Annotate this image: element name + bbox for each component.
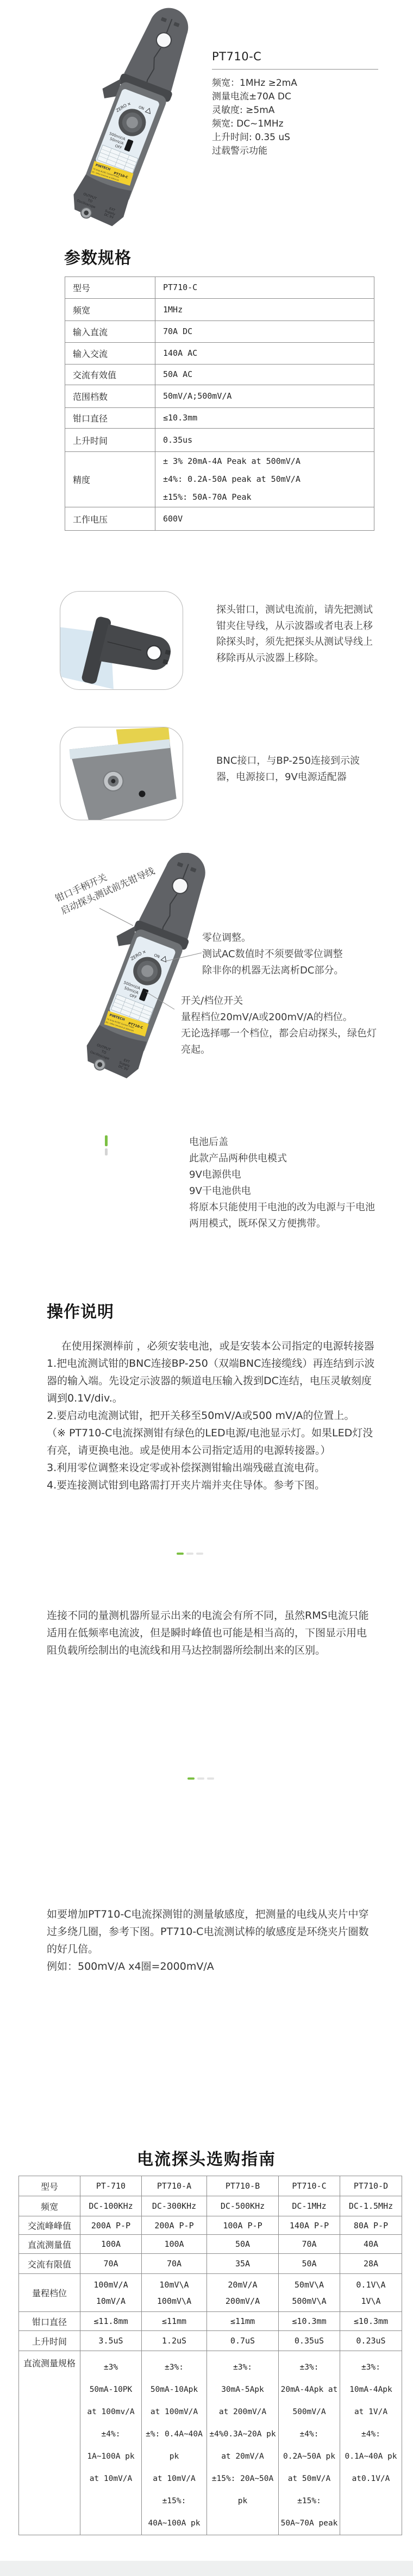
guide-row-label: 交流峰峰值 [19,2216,80,2235]
spec-row-label: 工作电压 [65,507,155,531]
guide-cell-value: 50A [279,2254,340,2274]
clamp-jaw-note: 探头钳口，测试电流前，请先把测试钳夹住导线，从示波器或者电表上移除探头时，须先把… [216,602,379,666]
loading-pill-green [187,1777,195,1780]
spec-row: 工作电压600V [65,507,374,531]
guide-cell-value: 200A P-P [80,2216,142,2235]
guide-cell-value: ≤10.3mm [340,2312,402,2331]
spec-row-label: 型号 [65,277,155,299]
spec-row-label: 钳口直径 [65,408,155,429]
note-current-difference: 连接不同的量测机器所显示出来的电流会有所不同，虽然RMS电流只能适用在低频率电流… [47,1607,373,1659]
guide-model-name: PT710-C [279,2176,340,2196]
spec-row-value: 50mV/A;500mV/A [155,385,374,408]
guide-row-label: 交流有限值 [19,2254,80,2274]
guide-model-name: PT710-D [340,2176,402,2196]
guide-cell-value: 1.2uS [142,2331,207,2351]
guide-cell-value: 100A P-P [207,2216,279,2235]
bnc-port-drawing [60,727,183,820]
spec-table-body: 型号PT710-C频宽1MHz输入直流70A DC输入交流140A AC交流有效… [65,277,374,531]
loading-pill [196,1553,203,1555]
guide-cell-value: ≤11mm [207,2312,279,2331]
guide-cell-value: DC-300KHz [142,2196,207,2216]
guide-cell-value: 70A [80,2254,142,2274]
guide-cell-value: 28A [340,2254,402,2274]
spec-row-value: 140A AC [155,343,374,365]
note-sensitivity-text: 如要增加PT710-C电流探测钳的测量敏感度，把测量的电线从夹片中穿过多绕几圈，… [47,1908,368,1955]
loading-pill [186,1553,193,1555]
guide-cell-value: DC-1.5MHz [340,2196,402,2216]
product-spec-list: 频宽：1MHz ≥2mA 测量电流±70A DC 灵敏度: ≥5mA 频宽: D… [212,77,375,158]
spec-row-value: PT710-C [155,277,374,299]
guide-row: 交流有限值70A70A35A50A28A [19,2254,402,2274]
guide-row-label: 直流测量规格 [19,2351,80,2535]
guide-cell-value: 50mV\A 500mV\A [279,2274,340,2312]
product-page: ZERO + ON 500mV/A 50mV/A OFF PINTECH PT7… [0,0,413,2576]
spec-row: 频宽1MHz [65,299,374,321]
footer-strip [0,2561,413,2576]
guide-cell-value: 200A P-P [142,2216,207,2235]
guide-cell-value: 100A [80,2235,142,2254]
spec-row-value: ≤10.3mm [155,408,374,429]
guide-cell-value: DC-1MHz [279,2196,340,2216]
guide-cell-value: 100A [142,2235,207,2254]
guide-corner-label: 型号 [19,2176,80,2196]
loading-pill [207,1777,214,1780]
spec-row-label: 范围档数 [65,385,155,408]
handle-callout-line [99,908,133,926]
guide-row-label: 量程档位 [19,2274,80,2312]
guide-cell-value: ±3%: 50mA-10Apk at 100mV/A ±%: 0.4A~40A … [142,2351,207,2535]
product-title: PT710-C [212,50,261,63]
bnc-port-note: BNC接口，与BP-250连接到示波器，电源接口，9V电源适配器 [216,753,374,785]
note-sensitivity: 如要增加PT710-C电流探测钳的测量敏感度，把测量的电线从夹片中穿过多绕几圈，… [47,1906,373,1975]
guide-cell-value: 140A P-P [279,2216,340,2235]
spec-row-label: 输入直流 [65,321,155,343]
product-photo [54,3,212,237]
guide-cell-value: 0.1V\A 1V\A [340,2274,402,2312]
spec-row: 输入交流140A AC [65,343,374,365]
spec-row-label: 输入交流 [65,343,155,365]
guide-row-label: 频宽 [19,2196,80,2216]
section-heading-specs: 参数规格 [64,244,132,268]
note-sensitivity-example: 例如：500mV/A x4圈=2000mV/A [47,1961,214,1972]
clamp-jaw-drawing [60,592,183,689]
spec-row: 范围档数50mV/A;500mV/A [65,385,374,408]
spec-row-value: ± 3% 20mA-4A Peak at 500mV/A ±4%: 0.2A-5… [155,452,374,507]
guide-cell-value: 80A P-P [340,2216,402,2235]
image-loading-placeholder [187,1777,214,1780]
spec-row-value: 70A DC [155,321,374,343]
operation-intro: 在使用探测棒前 ，必须安装电池，或是安装本公司指定的电源转接器 [47,1337,376,1355]
operation-steps: 1.把电流测试钳的BNC连接BP-250（双端BNC连接缆线）再连结到示波器的输… [47,1355,376,1494]
guide-model-name: PT710-A [142,2176,207,2196]
spec-row: 上升时间0.35us [65,429,374,452]
title-divider [212,69,378,70]
guide-row: 交流峰峰值200A P-P200A P-P100A P-P140A P-P80A… [19,2216,402,2235]
guide-title: 电流探头选购指南 [0,2146,413,2170]
spec-row-value: 50A AC [155,365,374,385]
guide-row: 频宽DC-100KHzDC-300KHzDC-500KHzDC-1MHzDC-1… [19,2196,402,2216]
guide-row: 钳口直径≤11.8mm≤11mm≤11mm≤10.3mm≤10.3mm [19,2312,402,2331]
guide-row: 直流测量规格±3% 50mA-10PK at 100mv/A ±4%: 1A~1… [19,2351,402,2535]
clamp-jaw-image [60,591,183,690]
switch-callout: 开关/档位开关 量程档位20mV/A或200mV/A的档位。 无论选择哪一个档位… [181,993,381,1058]
spec-row-label: 精度 [65,452,155,507]
guide-cell-value: 100mV/A 10mV/A [80,2274,142,2312]
guide-cell-value: 50A [207,2235,279,2254]
guide-row-label: 上升时间 [19,2331,80,2351]
guide-cell-value: 0.35uS [279,2331,340,2351]
spec-table: 型号PT710-C频宽1MHz输入直流70A DC输入交流140A AC交流有效… [65,277,374,531]
guide-model-name: PT710-B [207,2176,279,2196]
guide-header-row: 型号PT-710PT710-APT710-BPT710-CPT710-D [19,2176,402,2196]
loading-pill [197,1777,204,1780]
spec-row-label: 上升时间 [65,429,155,452]
spec-row: 精度± 3% 20mA-4A Peak at 500mV/A ±4%: 0.2A… [65,452,374,507]
guide-table: 型号PT-710PT710-APT710-BPT710-CPT710-D频宽DC… [18,2176,402,2535]
battery-image-placeholder [105,1135,108,1157]
guide-cell-value: 70A [279,2235,340,2254]
spec-row: 钳口直径≤10.3mm [65,408,374,429]
guide-row: 上升时间3.5uS1.2uS0.7uS0.35uS0.23uS [19,2331,402,2351]
loading-pill-green [177,1553,184,1555]
guide-cell-value: 10mV\A 100mV\A [142,2274,207,2312]
guide-cell-value: 70A [142,2254,207,2274]
guide-cell-value: ±3% 50mA-10PK at 100mv/A ±4%: 1A~100A pk… [80,2351,142,2535]
guide-cell-value: ±3%: 30mA-5Apk at 200mV/A ±4%0.3A~20A pk… [207,2351,279,2535]
image-loading-placeholder [177,1553,203,1555]
guide-cell-value: ≤11mm [142,2312,207,2331]
zero-callout: 零位调整。 测试AC数值时不须要做零位调整 除非你的机器无法离析DC部分。 [202,930,376,979]
bnc-port-image [60,727,183,820]
spec-row: 型号PT710-C [65,277,374,299]
guide-row: 直流测量值100A100A50A70A40A [19,2235,402,2254]
spec-row-value: 600V [155,507,374,531]
spec-row-value: 0.35us [155,429,374,452]
guide-row-label: 钳口直径 [19,2312,80,2331]
guide-model-name: PT-710 [80,2176,142,2196]
guide-cell-value: 0.7uS [207,2331,279,2351]
guide-cell-value: DC-500KHz [207,2196,279,2216]
guide-cell-value: 3.5uS [80,2331,142,2351]
guide-row-label: 直流测量值 [19,2235,80,2254]
section-heading-operation: 操作说明 [47,1298,114,1322]
guide-cell-value: 0.23uS [340,2331,402,2351]
guide-cell-value: ±3%: 20mA-4Apk at 500mV/A ±4%: 0.2A~50A … [279,2351,340,2535]
guide-row: 量程档位100mV/A 10mV/A10mV\A 100mV\A20mV/A 2… [19,2274,402,2312]
spec-row: 交流有效值50A AC [65,365,374,385]
battery-note: 电池后盖 此款产品两种供电模式 9V电源供电 9V干电池供电 将原本只能使用干电… [189,1134,383,1232]
guide-cell-value: 40A [340,2235,402,2254]
spec-row-value: 1MHz [155,299,374,321]
guide-cell-value: ≤10.3mm [279,2312,340,2331]
guide-cell-value: 20mV/A 200mV/A [207,2274,279,2312]
guide-cell-value: 35A [207,2254,279,2274]
guide-cell-value: ±3%: 10mA-4Apk at 1V/A ±4%: 0.1A~40A pk … [340,2351,402,2535]
guide-cell-value: ≤11.8mm [80,2312,142,2331]
guide-cell-value: DC-100KHz [80,2196,142,2216]
spec-row-label: 交流有效值 [65,365,155,385]
spec-row-label: 频宽 [65,299,155,321]
spec-row: 输入直流70A DC [65,321,374,343]
